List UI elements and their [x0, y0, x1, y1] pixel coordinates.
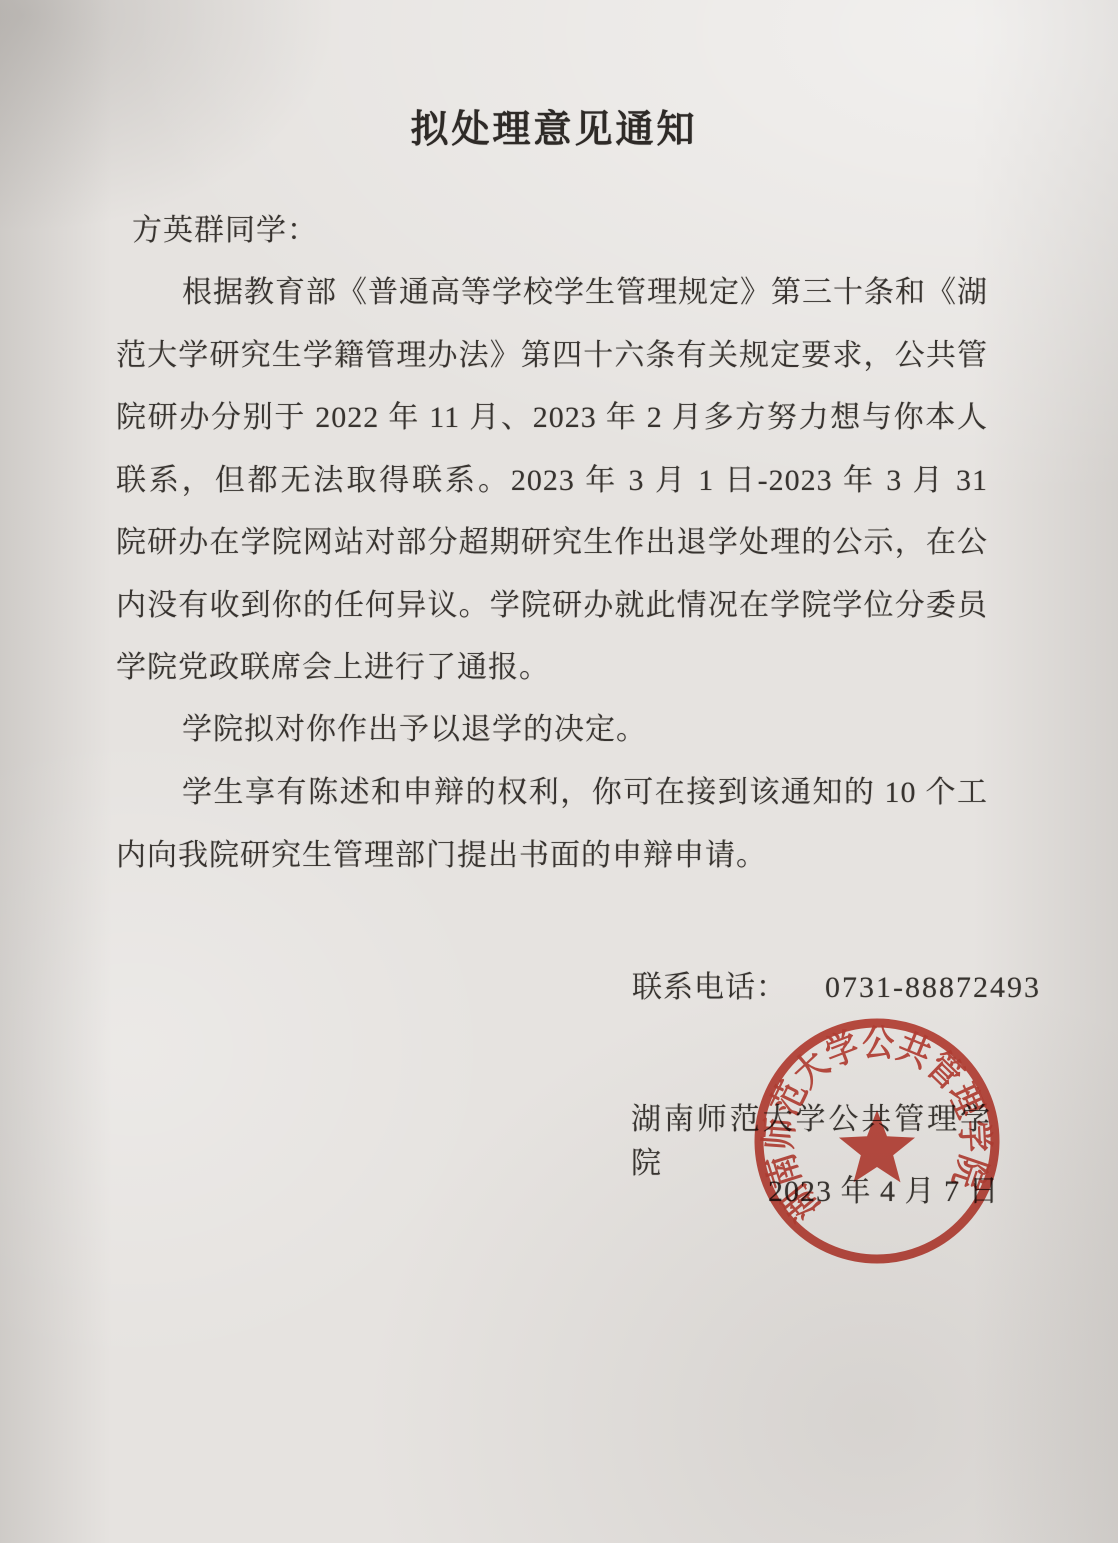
- paragraph-1-line: 学院党政联席会上进行了通报。: [116, 637, 988, 700]
- paragraph-3-line: 内向我院研究生管理部门提出书面的申辩申请。: [116, 825, 988, 888]
- salutation: 方英群同学：: [132, 205, 318, 249]
- paragraph-2: 学院拟对你作出予以退学的决定。: [116, 699, 988, 762]
- paragraph-3-line: 学生享有陈述和申辩的权利，你可在接到该通知的 10 个工作日: [116, 762, 988, 825]
- contact-label: 联系电话：: [632, 971, 787, 1004]
- paragraph-1-line: 联系，但都无法取得联系。2023 年 3 月 1 日-2023 年 3 月 31…: [116, 450, 988, 513]
- paragraph-1-line: 院研办分别于 2022 年 11 月、2023 年 2 月多方努力想与你本人取得: [116, 387, 988, 450]
- page-title: 拟处理意见通知: [0, 98, 1108, 153]
- paragraph-1: 根据教育部《普通高等学校学生管理规定》第三十条和《湖南师 范大学研究生学籍管理办…: [116, 262, 988, 700]
- notice-document: 拟处理意见通知 方英群同学： 根据教育部《普通高等学校学生管理规定》第三十条和《…: [0, 0, 1118, 1543]
- paragraph-1-line: 内没有收到你的任何异议。学院研办就此情况在学院学位分委员会、: [116, 575, 988, 638]
- contact-phone: 0731-88872493: [825, 971, 1041, 1004]
- paragraph-1-line: 范大学研究生学籍管理办法》第四十六条有关规定要求，公共管理学: [116, 325, 988, 388]
- contact-row: 联系电话：0731-88872493: [632, 962, 1041, 1006]
- paragraph-1-line: 院研办在学院网站对部分超期研究生作出退学处理的公示，在公示期: [116, 512, 988, 575]
- paragraph-3: 学生享有陈述和申辩的权利，你可在接到该通知的 10 个工作日 内向我院研究生管理…: [116, 762, 988, 887]
- paragraph-1-line: 根据教育部《普通高等学校学生管理规定》第三十条和《湖南师: [116, 262, 988, 325]
- paragraph-2-line: 学院拟对你作出予以退学的决定。: [116, 699, 988, 762]
- signature-date: 2023 年 4 月 7 日: [768, 1166, 1000, 1210]
